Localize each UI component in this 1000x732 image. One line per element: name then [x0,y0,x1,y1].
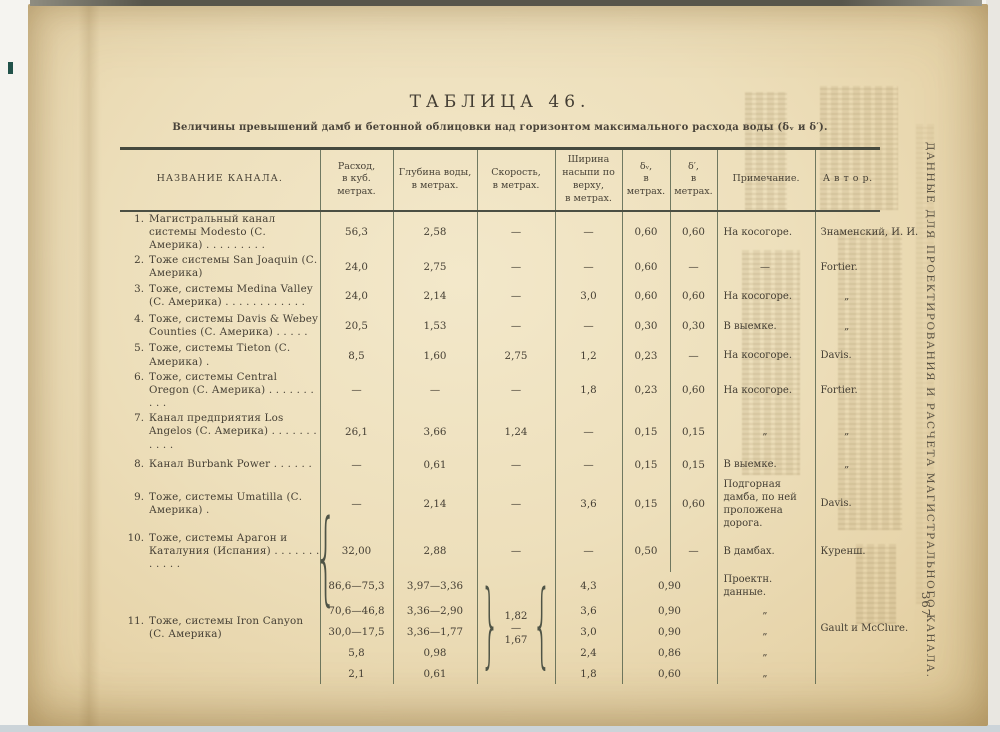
table-cell: — [555,311,622,341]
table-cell: — [477,453,555,477]
table-subtitle: Величины превышений дамб и бетонной обли… [80,122,920,133]
table-cell: — [670,341,717,369]
table-cell: — [670,253,717,281]
table-cell: — [477,531,555,573]
table-header: НАЗВАНИЕ КАНАЛА. Расход, в куб. метрах. … [120,149,880,211]
table-cell: — [477,253,555,281]
table-cell: На косогоре. [717,281,815,311]
table-cell: 24,0 [320,281,393,311]
table-cell: 0,15 [670,453,717,477]
canal-name-cell: 6.Тоже, системы Central Oregon (С. Амери… [120,370,320,412]
table-cell: 1,53 [393,311,477,341]
table-cell: — [555,211,622,254]
canal-name: Тоже системы San Joaquin (С. Америка) [149,254,320,280]
table-wrapper: НАЗВАНИЕ КАНАЛА. Расход, в куб. метрах. … [120,147,880,684]
table-cell: — [477,211,555,254]
table-cell: 0,15 [622,477,670,531]
table-cell: 1,8 [555,370,622,412]
table-cell: 0,60 [622,211,670,254]
table-cell: 3,6 [555,600,622,621]
col-header-author: А в т о р. [815,149,880,211]
table-title: ТАБЛИЦА 46. [120,92,880,112]
col-header-delta-v: δᵥ, в метрах. [622,149,670,211]
table-cell: Знаменский, И. И. [815,211,880,254]
canal-name: Тоже, системы Central Oregon (С. Америка… [149,371,320,411]
canal-name: Тоже, системы Umatilla (С. Америка) . [149,491,320,517]
table-row: 2.Тоже системы San Joaquin (С. Америка)2… [120,253,880,281]
table-cell: 3,97—3,36 [393,572,477,600]
table-cell: 2,75 [393,253,477,281]
table-cell: — [320,453,393,477]
table-row: 9.Тоже, системы Umatilla (С. Америка) .—… [120,477,880,531]
margin-mark [8,62,13,74]
table-cell: 0,60 [670,370,717,412]
table-cell: „ [717,621,815,642]
canal-name-cell: 2.Тоже системы San Joaquin (С. Америка) [120,253,320,281]
table-cell: — [477,370,555,412]
scan-bottom-band [0,725,1000,732]
table-cell: Куренш. [815,531,880,573]
page-number: 367 [919,592,933,617]
canal-name: Тоже, системы Арагон и Каталуния (Испани… [149,532,320,572]
table-cell: 3,36—1,77 [393,621,477,642]
scan-right-band [986,0,1000,732]
table-cell: На косогоре. [717,211,815,254]
table-cell: 0,30 [622,311,670,341]
canal-name-cell: 4.Тоже, системы Davis & Webey Counties (… [120,311,320,341]
table-body: 1.Магистральный канал системы Modesto (С… [120,211,880,685]
group-left-brace: { [315,506,337,612]
row-number: 3. [120,283,149,309]
canal-name-cell: 5.Тоже, системы Tieton (С. Америка) . [120,341,320,369]
table-cell: 1,8 [555,663,622,684]
scanner-edge-strip [30,0,982,6]
row-number: 11. [120,615,149,641]
table-cell: 0,90 [622,621,717,642]
row-number: 1. [120,213,149,253]
brace: { [532,582,551,675]
table-cell: 2,75 [477,341,555,369]
table-row: 8.Канал Burbank Power . . . . . .—0,61——… [120,453,880,477]
table-cell: „ [717,642,815,663]
table-cell: „ [815,453,880,477]
table-cell: 0,15 [670,411,717,453]
table-cell: На косогоре. [717,370,815,412]
table-cell: 3,0 [555,281,622,311]
table-cell: 0,60 [670,477,717,531]
table-cell: — [320,370,393,412]
canal-name-cell: 10.Тоже, системы Арагон и Каталуния (Исп… [120,531,320,573]
table-cell: Fortier. [815,253,880,281]
canal-name-cell: 3.Тоже, системы Medina Valley (С. Америк… [120,281,320,311]
table-row: 4.Тоже, системы Davis & Webey Counties (… [120,311,880,341]
table-cell: 0,50 [622,531,670,573]
row-number: 7. [120,412,149,452]
row-number: 4. [120,313,149,339]
col-header-delta-prime: δ′, в метрах. [670,149,717,211]
row-number: 2. [120,254,149,280]
canal-name: Канал предприятия Los Angelos (С. Америк… [149,412,320,452]
row-number: 8. [120,458,149,471]
table-row: 1.Магистральный канал системы Modesto (С… [120,211,880,254]
table-cell: В дамбах. [717,531,815,573]
canal-name: Тоже, системы Iron Canyon (С. Америка) [149,615,320,641]
table-cell: 0,60 [622,253,670,281]
table-cell: 0,15 [622,453,670,477]
col-header-embankment-width: Ширина насыпи по верху, в метрах. [555,149,622,211]
table-cell: — [477,477,555,531]
table-cell: „ [717,411,815,453]
table-cell: На косогоре. [717,341,815,369]
table-subrow: 11.Тоже, системы Iron Canyon (С. Америка… [120,572,880,600]
canal-name-cell: 1.Магистральный канал системы Modesto (С… [120,211,320,254]
table-cell: В выемке. [717,311,815,341]
table-cell: 0,90 [622,572,717,600]
table-cell: — [555,411,622,453]
canal-name-cell: 7.Канал предприятия Los Angelos (С. Амер… [120,411,320,453]
table-cell: „ [717,663,815,684]
canal-name: Тоже, системы Tieton (С. Америка) . [149,342,320,368]
table-cell: — [555,453,622,477]
table-cell: 1,24 [477,411,555,453]
canal-name: Канал Burbank Power . . . . . . [149,458,320,471]
table-cell: 0,90 [622,600,717,621]
col-header-depth: Глубина воды, в метрах. [393,149,477,211]
table-cell: 1,60 [393,341,477,369]
table-row: 5.Тоже, системы Tieton (С. Америка) .8,5… [120,341,880,369]
col-header-name: НАЗВАНИЕ КАНАЛА. [120,149,320,211]
table-cell: 0,61 [393,453,477,477]
row-number: 10. [120,532,149,572]
table-cell: 0,86 [622,642,717,663]
table-cell: 2,88 [393,531,477,573]
table-cell: 2,58 [393,211,477,254]
table-cell: 56,3 [320,211,393,254]
author-cell: Gault и McClure. [815,572,880,684]
table-cell: 0,23 [622,341,670,369]
table-cell: — [393,370,477,412]
data-table: НАЗВАНИЕ КАНАЛА. Расход, в куб. метрах. … [120,147,880,684]
table-row: 10.Тоже, системы Арагон и Каталуния (Исп… [120,531,880,573]
canal-name: Тоже, системы Medina Valley (С. Америка)… [149,283,320,309]
table-cell: „ [815,411,880,453]
canal-name-cell: 11.Тоже, системы Iron Canyon (С. Америка… [120,572,320,684]
table-cell: Fortier. [815,370,880,412]
table-cell: „ [815,311,880,341]
table-cell: 0,61 [393,663,477,684]
table-cell: 3,66 [393,411,477,453]
table-cell: 0,60 [622,281,670,311]
row-number: 6. [120,371,149,411]
table-cell: 5,8 [320,642,393,663]
table-cell: 0,60 [622,663,717,684]
scanned-page: ТАБЛИЦА 46. Величины превышений дамб и б… [28,4,988,726]
table-cell: 3,6 [555,477,622,531]
table-cell: 2,4 [555,642,622,663]
table-cell: 0,60 [670,211,717,254]
table-cell: — [717,253,815,281]
row-number: 5. [120,342,149,368]
table-cell: Davis. [815,477,880,531]
table-cell: „ [815,281,880,311]
canal-name-cell: 8.Канал Burbank Power . . . . . . [120,453,320,477]
table-cell: 8,5 [320,341,393,369]
table-cell: 2,1 [320,663,393,684]
side-caption: ДАННЫЕ ДЛЯ ПРОЕКТИРОВАНИЯ И РАСЧЕТА МАГИ… [924,142,936,612]
table-cell: 0,60 [670,281,717,311]
paper-crease [78,4,100,726]
col-header-velocity: Скорость, в метрах. [477,149,555,211]
table-cell: 30,0—17,5 [320,621,393,642]
table-cell: Проектн. данные. [717,572,815,600]
table-cell: 0,23 [622,370,670,412]
table-cell: 2,14 [393,477,477,531]
table-cell: 26,1 [320,411,393,453]
table-row: 7.Канал предприятия Los Angelos (С. Амер… [120,411,880,453]
row-number: 9. [120,491,149,517]
table-row: 3.Тоже, системы Medina Valley (С. Америк… [120,281,880,311]
table-cell: Davis. [815,341,880,369]
table-cell: Подгорная дамба, по ней проложена дорога… [717,477,815,531]
velocity-range-cell: }1,82—1,67{ [477,572,555,684]
canal-name: Магистральный канал системы Modesto (С. … [149,213,320,253]
table-cell: — [670,531,717,573]
table-cell: 2,14 [393,281,477,311]
table-cell: 3,0 [555,621,622,642]
canal-name: Тоже, системы Davis & Webey Counties (С.… [149,313,320,339]
col-header-note: Примечание. [717,149,815,211]
table-cell: — [555,531,622,573]
table-cell: 0,98 [393,642,477,663]
velocity-range: 1,82—1,67 [500,610,533,646]
table-cell: — [555,253,622,281]
table-cell: 0,30 [670,311,717,341]
table-row: 6.Тоже, системы Central Oregon (С. Амери… [120,370,880,412]
table-cell: 3,36—2,90 [393,600,477,621]
table-cell: 20,5 [320,311,393,341]
table-cell: 1,2 [555,341,622,369]
canal-name-cell: 9.Тоже, системы Umatilla (С. Америка) . [120,477,320,531]
table-cell: — [477,311,555,341]
brace: } [481,582,500,675]
table-cell: 24,0 [320,253,393,281]
table-cell: — [477,281,555,311]
table-cell: „ [717,600,815,621]
col-header-discharge: Расход, в куб. метрах. [320,149,393,211]
table-cell: 4,3 [555,572,622,600]
table-cell: В выемке. [717,453,815,477]
table-cell: 0,15 [622,411,670,453]
